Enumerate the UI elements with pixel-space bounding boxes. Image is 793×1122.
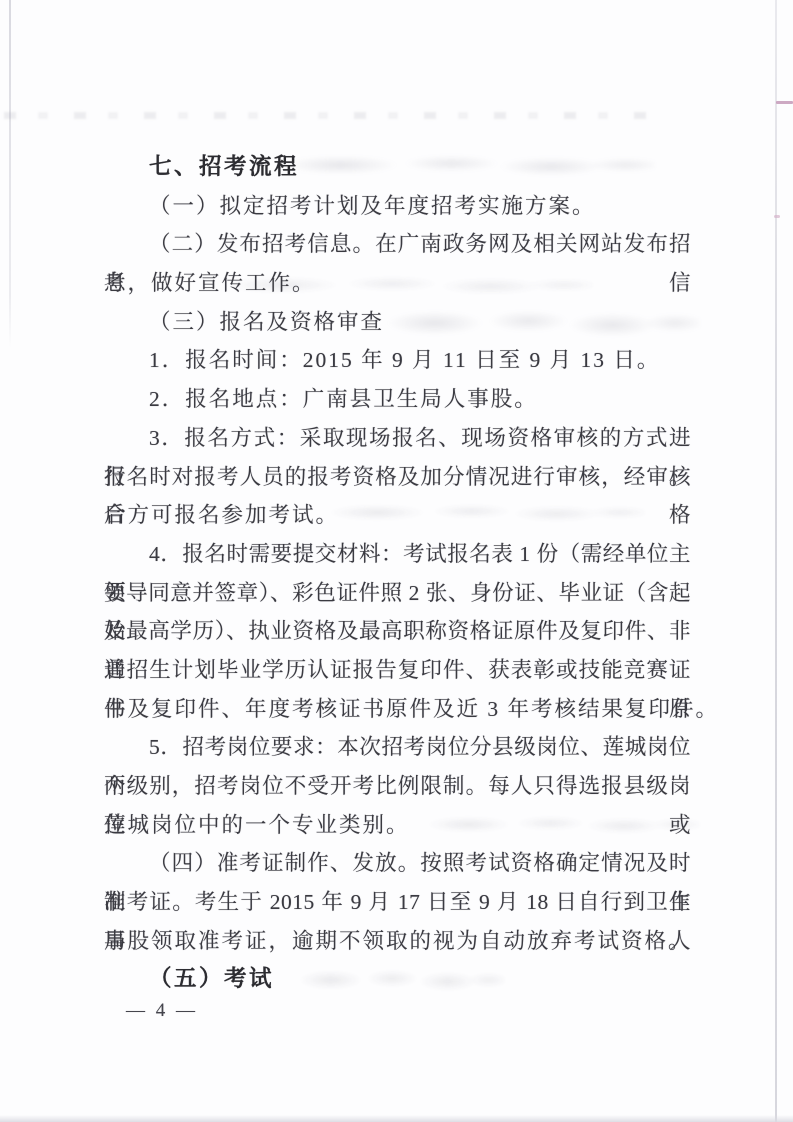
text-line: 及最高学历）、执业资格及最高职称资格证原件及复印件、非普 xyxy=(104,612,691,651)
scan-right-edge-line xyxy=(775,0,777,1122)
subsection-heading: （五）考试 xyxy=(104,960,691,999)
text-line: 领导同意并签章）、彩色证件照 2 张、身份证、毕业证（含起始 xyxy=(104,574,691,613)
scan-left-edge-line xyxy=(9,0,11,348)
text-line: 4．报名时需要提交材料：考试报名表 1 份（需经单位主要 xyxy=(104,535,691,574)
scan-bottom-edge-shade xyxy=(0,1115,793,1122)
scanned-document-page: 七、招考流程 （一）拟定招考计划及年度招考实施方案。 （二）发布招考信息。在广南… xyxy=(0,0,793,1122)
text-line: （四）准考证制作、发放。按照考试资格确定情况及时制作 xyxy=(104,844,691,883)
text-line: （一）拟定招考计划及年度招考实施方案。 xyxy=(104,187,691,226)
text-line: 通招生计划毕业学历认证报告复印件、获表彰或技能竞赛证书原 xyxy=(104,651,691,690)
text-line: 2．报名地点：广南县卫生局人事股。 xyxy=(104,380,691,419)
text-line: 3．报名方式：采取现场报名、现场资格审核的方式进行。 xyxy=(104,419,691,458)
text-line: 1．报名时间：2015 年 9 月 11 日至 9 月 13 日。 xyxy=(104,341,691,380)
text-line: 个级别，招考岗位不受开考比例限制。每人只得选报县级岗位或 xyxy=(104,767,691,806)
text-line: （三）报名及资格审查 xyxy=(104,303,691,342)
text-line: 准考证。考生于 2015 年 9 月 17 日至 9 月 18 日自行到卫生局人 xyxy=(104,883,691,922)
document-text-block: 七、招考流程 （一）拟定招考计划及年度招考实施方案。 （二）发布招考信息。在广南… xyxy=(104,148,691,999)
text-line: 件及复印件、年度考核证书原件及近 3 年考核结果复印件。 xyxy=(104,690,691,729)
section-heading: 七、招考流程 xyxy=(104,148,691,187)
scan-pink-dash-mark xyxy=(776,101,793,104)
text-line: 5．招考岗位要求：本次招考岗位分县级岗位、莲城岗位两 xyxy=(104,728,691,767)
text-line: 报名时对报考人员的报考资格及加分情况进行审核，经审核合格 xyxy=(104,458,691,497)
scan-pink-dot-mark xyxy=(774,215,780,218)
scan-smear-row xyxy=(4,112,652,119)
page-number: — 4 — xyxy=(126,1000,198,1022)
text-line: 事股领取准考证，逾期不领取的视为自动放弃考试资格。 xyxy=(104,922,691,961)
text-line: （二）发布招考信息。在广南政务网及相关网站发布招考信 xyxy=(104,225,691,264)
